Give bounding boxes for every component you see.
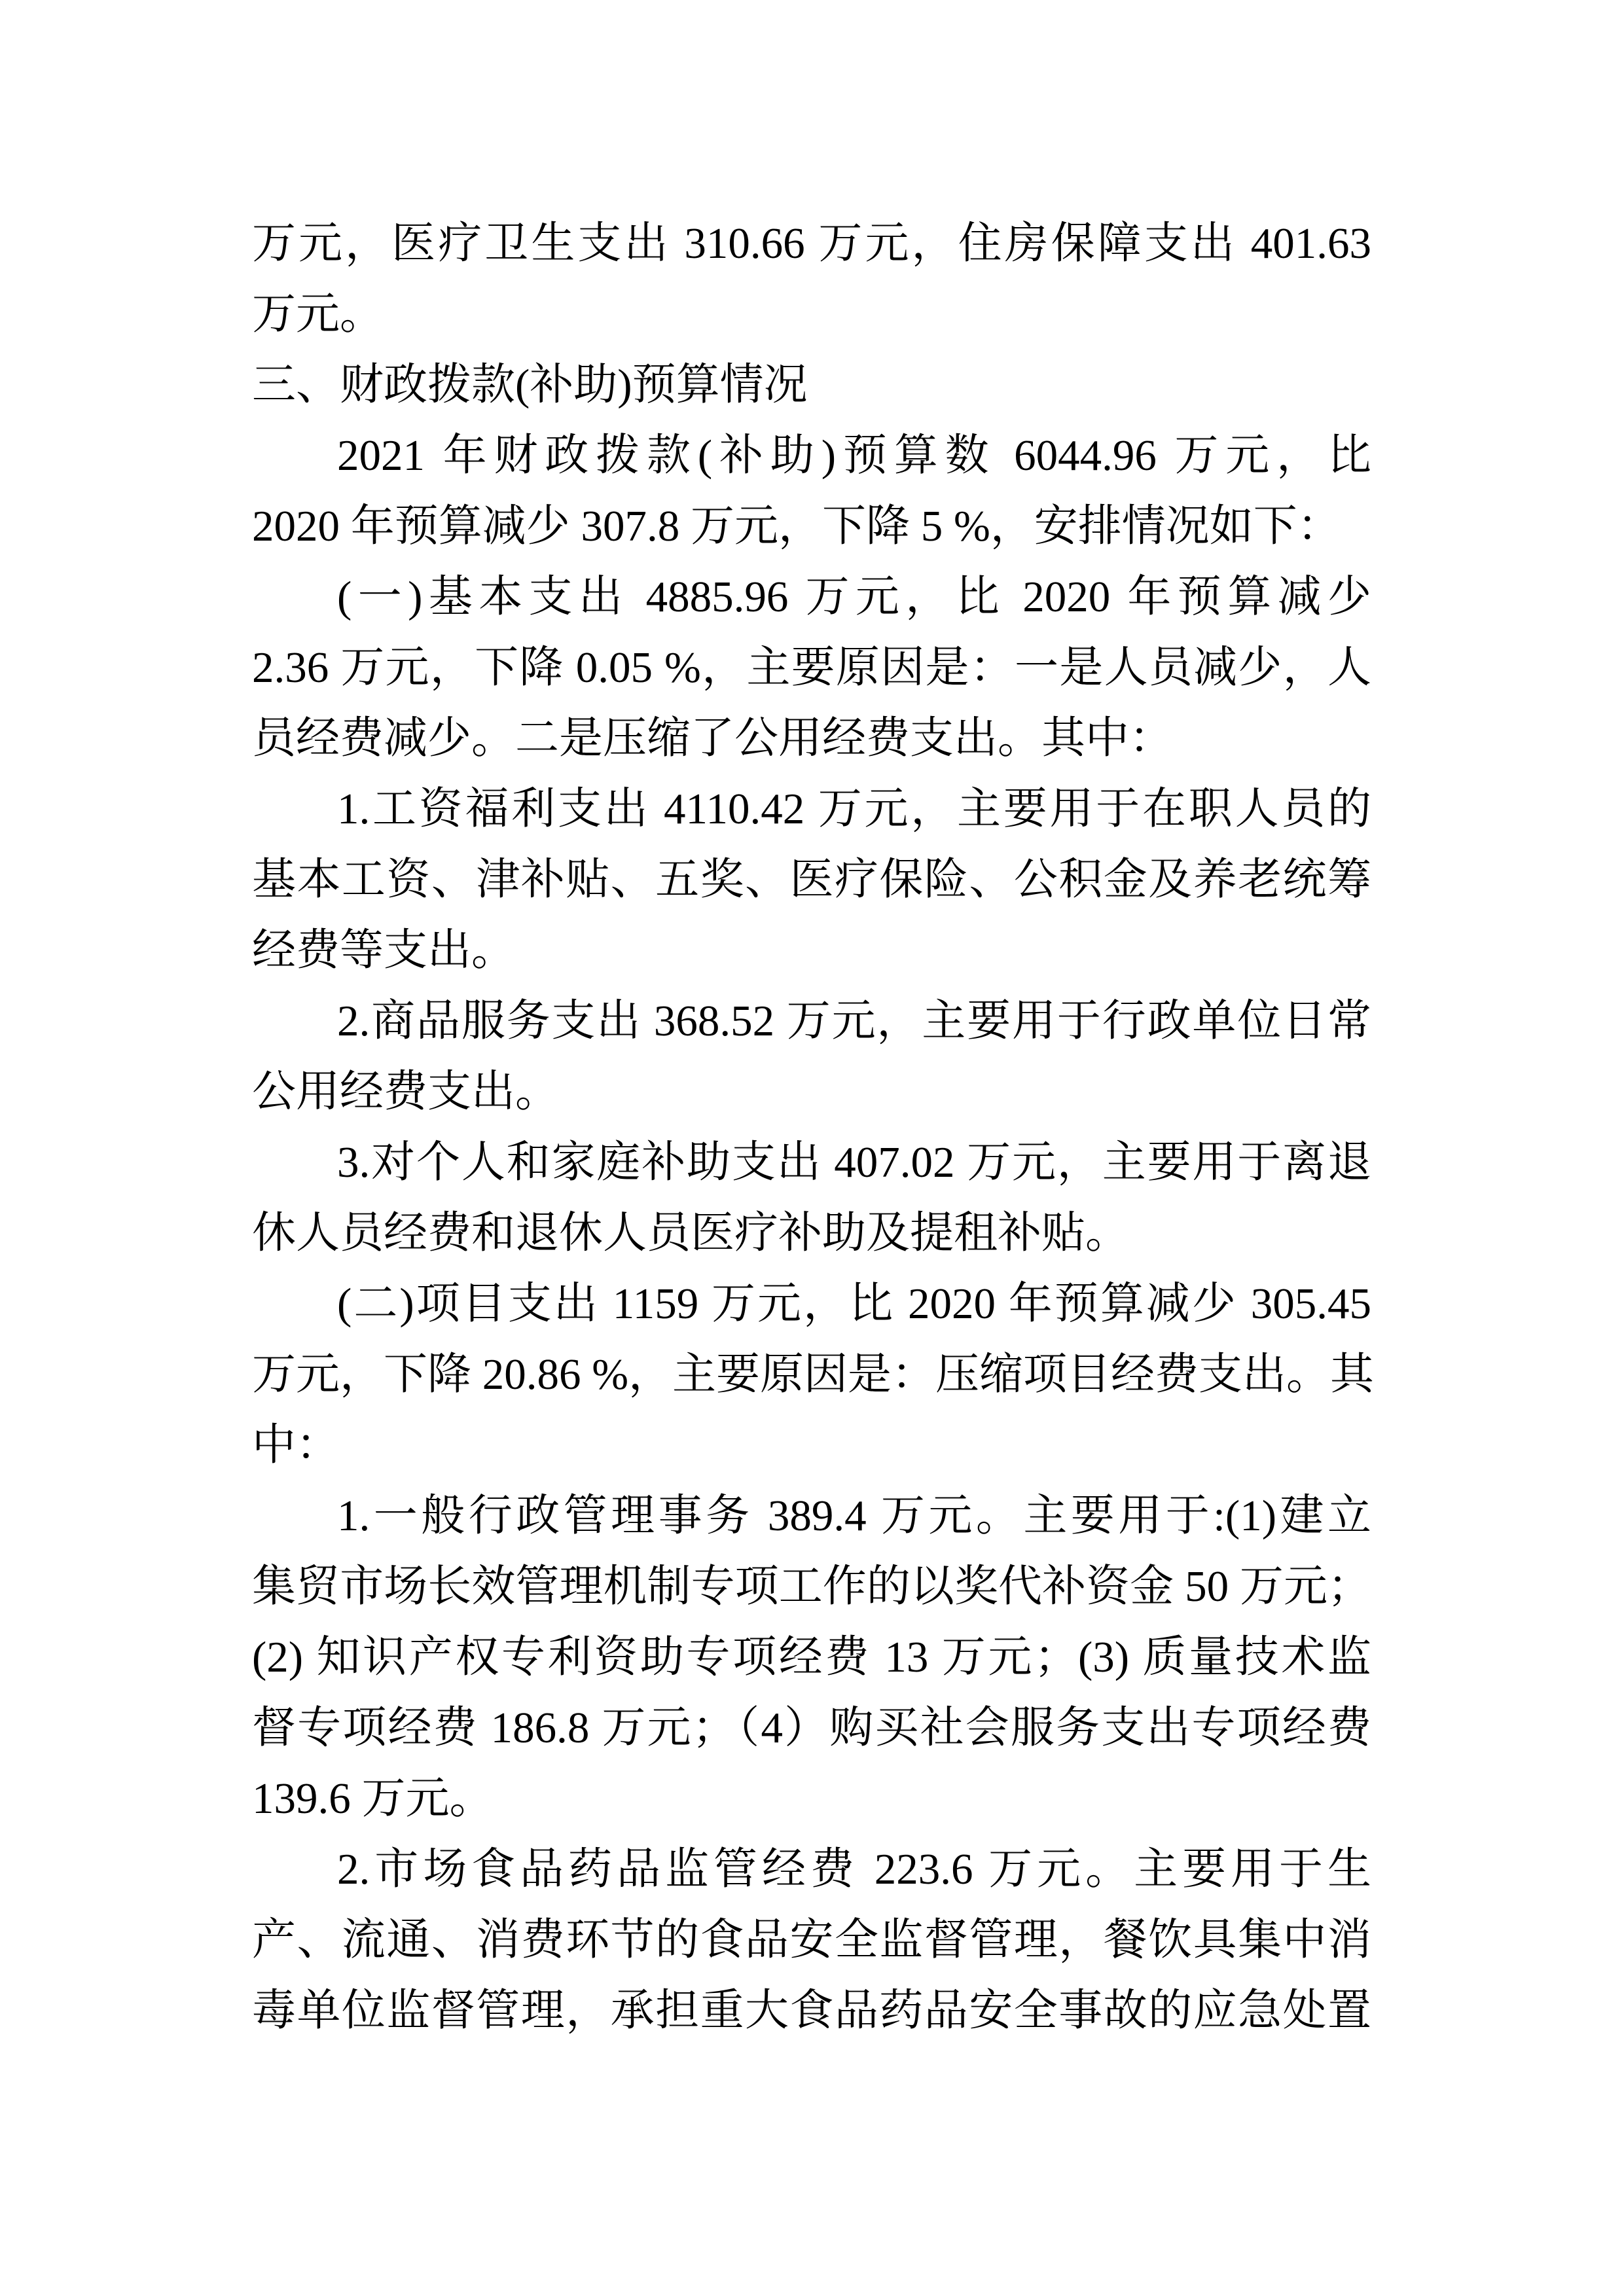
text-line: (二)项目支出 1159 万元，比 2020 年预算减少 305.45	[252, 1268, 1371, 1339]
text-line: 2.36 万元，下降 0.05 %，主要原因是：一是人员减少，人	[252, 632, 1371, 703]
section-heading: 三、财政拨款(补助)预算情况	[252, 350, 1371, 420]
text-line: 经费等支出。	[252, 915, 1371, 986]
text-line: 基本工资、津补贴、五奖、医疗保险、公积金及养老统筹	[252, 844, 1371, 915]
text-line: 2.商品服务支出 368.52 万元，主要用于行政单位日常	[252, 986, 1371, 1056]
text-line: 1.工资福利支出 4110.42 万元，主要用于在职人员的	[252, 774, 1371, 844]
text-line: 休人员经费和退休人员医疗补助及提租补贴。	[252, 1198, 1371, 1268]
text-line: 2020 年预算减少 307.8 万元，下降 5 %，安排情况如下：	[252, 491, 1371, 562]
text-line: (2) 知识产权专利资助专项经费 13 万元；(3) 质量技术监	[252, 1622, 1371, 1693]
text-line: 产、流通、消费环节的食品安全监督管理，餐饮具集中消	[252, 1905, 1371, 1975]
text-line: 集贸市场长效管理机制专项工作的以奖代补资金 50 万元；	[252, 1551, 1371, 1622]
text-line: 3.对个人和家庭补助支出 407.02 万元，主要用于离退	[252, 1127, 1371, 1198]
text-line: 员经费减少。二是压缩了公用经费支出。其中：	[252, 703, 1371, 774]
document-page: 万元，医疗卫生支出 310.66 万元，住房保障支出 401.63 万元。 三、…	[0, 0, 1624, 2296]
text-line: 139.6 万元。	[252, 1763, 1371, 1834]
text-line: (一)基本支出 4885.96 万元，比 2020 年预算减少	[252, 562, 1371, 632]
text-line: 2021 年财政拨款(补助)预算数 6044.96 万元，比	[252, 420, 1371, 491]
text-line: 2.市场食品药品监管经费 223.6 万元。主要用于生	[252, 1834, 1371, 1905]
document-body-text: 万元，医疗卫生支出 310.66 万元，住房保障支出 401.63 万元。 三、…	[252, 208, 1371, 2046]
text-line: 督专项经费 186.8 万元；（4）购买社会服务支出专项经费	[252, 1693, 1371, 1763]
text-line: 万元，下降 20.86 %，主要原因是：压缩项目经费支出。其	[252, 1339, 1371, 1410]
text-line: 公用经费支出。	[252, 1056, 1371, 1127]
text-line: 万元，医疗卫生支出 310.66 万元，住房保障支出 401.63	[252, 208, 1371, 279]
text-line: 万元。	[252, 279, 1371, 350]
text-line: 1.一般行政管理事务 389.4 万元。主要用于:(1)建立	[252, 1480, 1371, 1551]
text-line: 中：	[252, 1410, 1371, 1480]
text-line: 毒单位监督管理，承担重大食品药品安全事故的应急处置	[252, 1975, 1371, 2046]
